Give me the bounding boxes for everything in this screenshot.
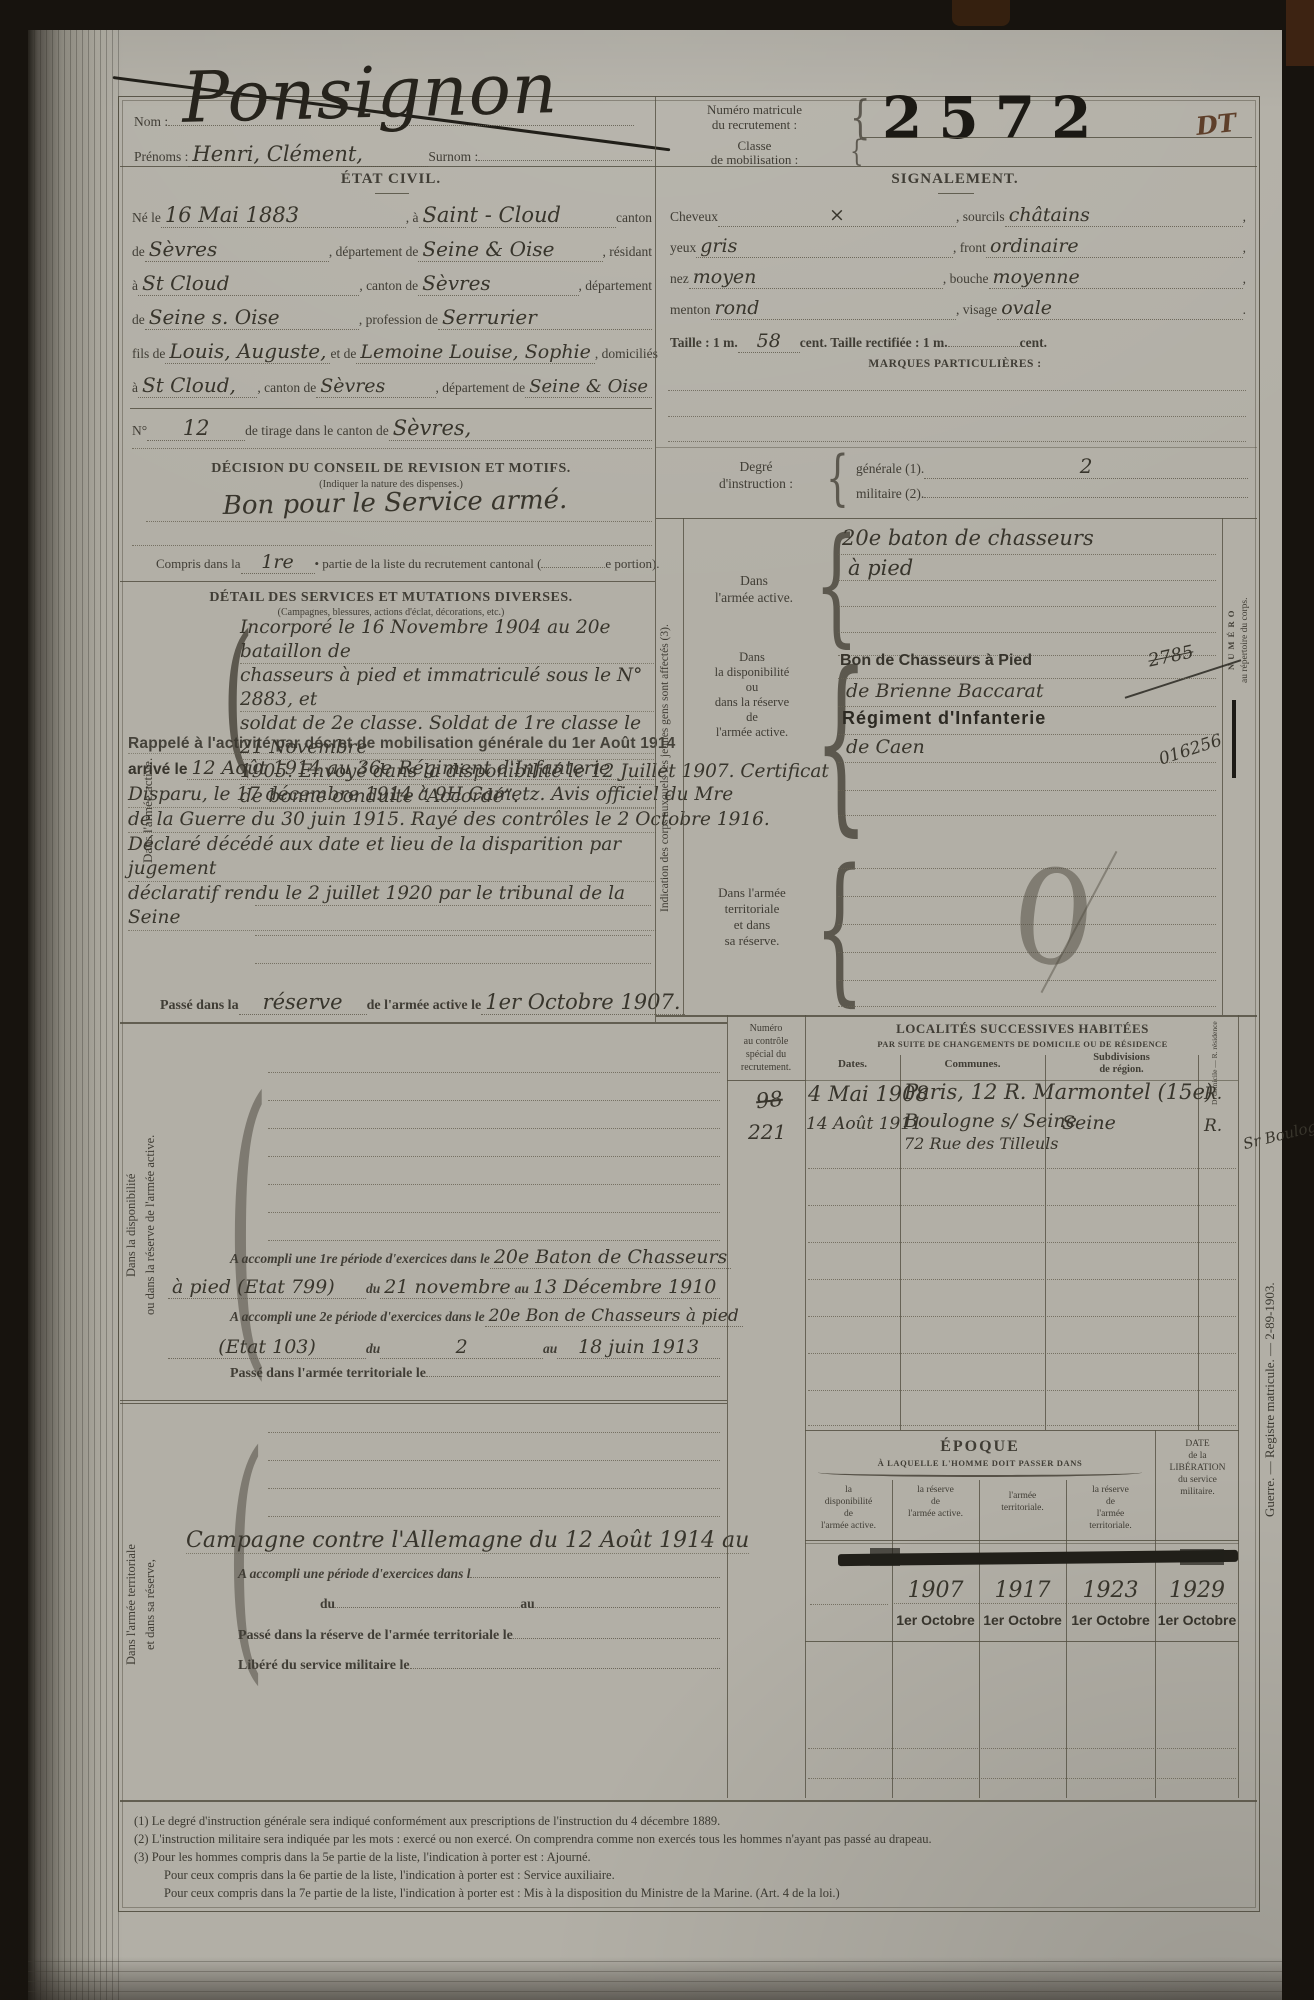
- departement3-label: , département de: [436, 380, 526, 396]
- matricule-label: Numéro matricule du recrutement :: [662, 102, 847, 132]
- signalement-row-2: yeux gris , front ordinaire ,: [670, 235, 1246, 258]
- territoriale-side-label-2: et dans sa réserve,: [143, 1475, 159, 1735]
- au-field: [535, 1607, 720, 1608]
- profession-field: Serrurier: [438, 305, 652, 330]
- localites-row1-dr: R.: [1204, 1084, 1222, 1104]
- controle-special-struck-value: 98: [755, 1087, 784, 1114]
- localites-row2-commune: Boulogne s/ Seine: [904, 1110, 1077, 1132]
- departement-residence-field: Seine s. Oise: [145, 305, 359, 330]
- taille-rectifiee-field: [948, 346, 1020, 347]
- epoque-date-reserve-territoriale: 1er Octobre: [1066, 1612, 1155, 1628]
- degre-militaire-line: militaire (2).: [856, 486, 1248, 502]
- book-corner-fragment: [1286, 0, 1314, 66]
- degre-label: Degré d'instruction :: [698, 458, 814, 492]
- visage-label: , visage: [956, 302, 997, 318]
- canton-naissance-value: Sèvres: [149, 237, 218, 261]
- profession-label: , profession de: [359, 312, 438, 328]
- disponibilite-side-label-1: Dans la disponibilité: [124, 1080, 140, 1370]
- passe-territoriale-field: [426, 1376, 720, 1377]
- passe-territoriale-line: Passé dans l'armée territoriale le: [230, 1366, 720, 1382]
- passe-reserve-territoriale-line: Passé dans la réserve de l'armée territo…: [238, 1628, 720, 1644]
- rule-line: [979, 1640, 980, 1798]
- rule-line: [838, 762, 1216, 763]
- controle-special-header: Numéro au contrôle spécial du recrutemen…: [729, 1022, 803, 1074]
- periode-1-line: A accompli une 1re période d'exercices d…: [230, 1246, 720, 1269]
- canton-parents-value: Sèvres: [320, 375, 385, 397]
- canton-residence-field: Sèvres: [418, 271, 578, 296]
- rule-line: [268, 1488, 720, 1489]
- degre-militaire-field: [924, 497, 1248, 498]
- etat-civil-title: ÉTAT CIVIL.: [130, 171, 652, 188]
- passe-territoriale-label: Passé dans l'armée territoriale le: [230, 1366, 426, 1382]
- departement-label: , département de: [329, 244, 419, 260]
- rule-line: [255, 935, 651, 936]
- rule-line: [268, 1100, 720, 1101]
- nom-value: Ponsignon: [181, 47, 559, 139]
- fils-de-label: fils de: [132, 346, 165, 362]
- localites-subtitle: PAR SUITE DE CHANGEMENTS DE DOMICILE OU …: [805, 1039, 1240, 1049]
- visage-field: ovale: [997, 297, 1242, 320]
- arrive-line: arrivé le 12 Août 1914 au 36e Régiment d…: [128, 757, 656, 780]
- corps-active-value-2: à pied: [848, 556, 913, 580]
- etat-civil-line-4: de Seine s. Oise , profession de Serruri…: [132, 305, 652, 330]
- canton-naissance-field: Sèvres: [145, 237, 329, 262]
- compris-line: Compris dans la 1re • partie de la liste…: [156, 551, 646, 574]
- domicile-parents-field: St Cloud,: [138, 373, 257, 398]
- surnom-field: [478, 160, 652, 161]
- rule-line: [838, 632, 1216, 633]
- arrive-stamp-label: arrivé le: [128, 761, 187, 779]
- localites-title: LOCALITÉS SUCCESSIVES HABITÉES: [805, 1021, 1240, 1037]
- canton-parents-field: Sèvres: [316, 375, 435, 398]
- nez-value: moyen: [693, 266, 757, 288]
- periode-2-line: A accompli une 2e période d'exercices da…: [230, 1306, 720, 1327]
- rule-line: [268, 1516, 720, 1517]
- nez-field: moyen: [689, 266, 943, 289]
- compris-label-3: e portion).: [605, 556, 659, 572]
- rule-line: [668, 390, 1246, 391]
- footnotes: (1) Le degré d'instruction générale sera…: [134, 1812, 1249, 1902]
- residence-value: St Cloud: [142, 271, 230, 295]
- rule-line: [727, 1015, 728, 1798]
- corps-active-label: Dans l'armée active.: [698, 572, 810, 606]
- rule-line: [268, 1072, 720, 1073]
- services-title: DÉTAIL DES SERVICES ET MUTATIONS DIVERSE…: [130, 590, 652, 606]
- rule-line: [683, 518, 684, 1015]
- rule-line: [268, 1240, 720, 1241]
- decision-title: DÉCISION DU CONSEIL DE REVISION ET MOTIF…: [130, 461, 652, 477]
- signalement-row-4: menton rond , visage ovale .: [670, 297, 1246, 320]
- rule-line: [808, 1205, 1236, 1206]
- corps-side-label: Indication des corps auxquels les jeunes…: [659, 528, 677, 1008]
- date-naissance-field: 16 Mai 1883: [161, 203, 406, 228]
- corps-dispo-label: Dans la disponibilité ou dans la réserve…: [692, 650, 812, 740]
- epoque-col-1: la disponibilité de l'armée active.: [806, 1484, 891, 1532]
- rule-line: [808, 1748, 1236, 1749]
- rule-line: [1222, 518, 1223, 1015]
- footnote-2: (2) L'instruction militaire sera indiqué…: [134, 1830, 1249, 1848]
- rule-line: [862, 137, 1252, 138]
- libere-field: [410, 1668, 720, 1669]
- ne-le-label: Né le: [132, 210, 161, 226]
- epoque-date-liberation: 1er Octobre: [1155, 1612, 1239, 1628]
- domicilies-label: , domiciliés: [595, 346, 658, 362]
- rule-line: [268, 1184, 720, 1185]
- periode-2-field: 20e Bon de Chasseurs à pied: [485, 1306, 743, 1327]
- brace-decoration: {: [826, 448, 849, 508]
- mere-value: Lemoine Louise, Sophie: [360, 341, 591, 363]
- rule-line: [668, 416, 1246, 417]
- residence-field: St Cloud: [138, 271, 359, 296]
- rule-line: [838, 554, 1216, 555]
- campagne-value: Campagne contre l'Allemagne du 12 Août 1…: [186, 1528, 749, 1554]
- epoque-year-reserve-territoriale: 1923: [1066, 1578, 1155, 1604]
- accompli-label: A accompli une période d'exercices dans …: [238, 1566, 470, 1582]
- au-label: au: [515, 1281, 529, 1297]
- mobilisation-stamp: Rappelé à l'activité par décret de mobil…: [128, 735, 656, 754]
- periode-1b-line: à pied (Etat 799) du 21 novembre au 13 D…: [168, 1276, 720, 1299]
- cheveux-field: ×: [718, 204, 956, 227]
- libere-label: Libéré du service militaire le: [238, 1658, 410, 1674]
- date-naissance-value: 16 Mai 1883: [165, 203, 299, 227]
- cheveux-value: ×: [829, 204, 845, 226]
- localites-col-dates: Dates.: [805, 1058, 900, 1070]
- rule-line: [1238, 1015, 1239, 1798]
- rule-line: [668, 441, 1246, 442]
- canton-label: canton: [616, 210, 652, 226]
- service-entry: déclaratif rendu le 2 juillet 1920 par l…: [128, 882, 656, 931]
- corps-dispo-stamp-1: Bon de Chasseurs à Pied: [840, 652, 1032, 670]
- rule-line: [120, 1400, 727, 1401]
- epoque-date-header: DATE de la LIBÉRATION du service militai…: [1157, 1438, 1238, 1498]
- scan-background: { "header": { "nom_label": "Nom :", "nom…: [0, 0, 1314, 2000]
- services-handwritten-block-1: Incorporé le 16 Novembre 1904 au 20e bat…: [240, 616, 654, 809]
- menton-field: rond: [711, 297, 956, 320]
- du-field: [335, 1607, 520, 1608]
- periode-2b-value-3: 18 juin 1913: [578, 1336, 699, 1358]
- periode-2-label: A accompli une 2e période d'exercices da…: [230, 1309, 485, 1325]
- corps-dispo-value-2: de Caen: [846, 736, 925, 758]
- rule-line: [838, 606, 1216, 607]
- compris-field: 1re: [241, 551, 315, 574]
- rule-line: [808, 1425, 1236, 1426]
- yeux-field: gris: [696, 235, 953, 258]
- brace-decoration: (: [226, 1422, 265, 1687]
- signalement-row-1: Cheveux × , sourcils châtains ,: [670, 204, 1246, 227]
- numero-tirage-label: N°: [132, 423, 147, 439]
- epoque-year-reserve: 1907: [892, 1578, 979, 1604]
- periode-1-value: 20e Baton de Chasseurs: [494, 1246, 727, 1268]
- rule-line: [268, 1432, 720, 1433]
- periode-1b-value-2: 21 novembre: [384, 1276, 510, 1298]
- rule-line: [375, 193, 409, 194]
- passe-reserve-territoriale-label: Passé dans la réserve de l'armée territo…: [238, 1628, 513, 1644]
- periode-1b-value-1: à pied (Etat 799): [172, 1276, 335, 1298]
- localites-row2-dr: R.: [1204, 1116, 1222, 1136]
- canton2-label: , canton de: [359, 278, 418, 294]
- taille-value: 58: [757, 330, 781, 352]
- sourcils-field: châtains: [1005, 204, 1243, 227]
- rule-line: [268, 1128, 720, 1129]
- compris-label-2: • partie de la liste du recrutement cant…: [315, 556, 542, 572]
- cent-label: cent.: [1020, 335, 1047, 351]
- service-entry: Disparu, le 17 décembre 1914 à 9H Cametz…: [128, 783, 656, 808]
- degre-generale-line: générale (1). 2: [856, 454, 1248, 479]
- matricule-value: 2572: [882, 84, 1107, 152]
- pere-field: Louis, Auguste,: [165, 339, 330, 364]
- arrive-value: 12 Août 1914 au 36e Régiment d'Infanteri…: [191, 757, 610, 779]
- degre-generale-label: générale (1).: [856, 461, 924, 477]
- epoque-date-reserve: 1er Octobre: [892, 1612, 979, 1628]
- taille-label: Taille : 1 m.: [670, 335, 738, 351]
- periode-2b-field-2: 2: [380, 1336, 543, 1359]
- de2-label: de: [132, 312, 145, 328]
- rule-line: [132, 448, 652, 449]
- au-label-2: au: [543, 1341, 557, 1357]
- rule-line: [938, 193, 974, 194]
- rule-line: [838, 790, 1216, 791]
- rule-line: [655, 96, 656, 166]
- rule-line: [808, 1353, 1236, 1354]
- epoque-subtitle: À LAQUELLE L'HOMME DOIT PASSER DANS: [805, 1458, 1155, 1468]
- compris-label-1: Compris dans la: [156, 556, 241, 572]
- service-entry: de la Guerre du 30 juin 1915. Rayé des c…: [128, 808, 656, 833]
- repertoire-ink-mark: [1232, 700, 1236, 778]
- bouche-value: moyenne: [993, 266, 1080, 288]
- rule-line: [1155, 1430, 1156, 1640]
- surnom-label: Surnom :: [428, 149, 478, 165]
- numero-tirage-field: 12: [147, 416, 245, 441]
- services-handwritten-block-2: Disparu, le 17 décembre 1914 à 9H Cametz…: [128, 783, 656, 931]
- portion-field: [541, 567, 605, 568]
- residant-label: , résidant: [603, 244, 653, 260]
- etat-civil-line-3: à St Cloud , canton de Sèvres , départem…: [132, 271, 652, 296]
- corps-dispo-value-1: de Brienne Baccarat: [846, 680, 1044, 702]
- rule-line: [838, 1006, 1216, 1007]
- rule-line: [120, 1800, 1257, 1802]
- localites-row2-subdivision: Seine: [1062, 1112, 1116, 1134]
- epoque-title: ÉPOQUE: [805, 1438, 1155, 1456]
- rule-line: [1155, 1640, 1156, 1798]
- tirage-line: N° 12 de tirage dans le canton de Sèvres…: [132, 416, 652, 441]
- periode-2b-field-1: (Etat 103): [168, 1336, 366, 1359]
- rule-line: [1066, 1640, 1067, 1798]
- rule-line: [838, 734, 1216, 735]
- etat-civil-line-5: fils de Louis, Auguste, et de Lemoine Lo…: [132, 339, 652, 364]
- periode-2b-line: (Etat 103) du 2 au 18 juin 1913: [168, 1336, 720, 1359]
- rule-line: [120, 1022, 727, 1024]
- rule-line: [838, 678, 1216, 679]
- et-de-label: et de: [330, 346, 356, 362]
- taille-field: 58: [738, 330, 800, 353]
- footnote-1: (1) Le degré d'instruction générale sera…: [134, 1812, 1249, 1830]
- row-end: ,: [1243, 240, 1246, 256]
- arrive-field: 12 Août 1914 au 36e Régiment d'Infanteri…: [187, 757, 656, 780]
- signalement-title: SIGNALEMENT.: [660, 171, 1250, 188]
- service-entry: Incorporé le 16 Novembre 1904 au 20e bat…: [240, 616, 654, 664]
- periode-1-label: A accompli une 1re période d'exercices d…: [230, 1251, 490, 1267]
- rule-line: [838, 706, 1216, 707]
- epoque-col-4: la réserve de l'armée territoriale.: [1067, 1484, 1154, 1532]
- corps-territoriale-label: Dans l'armée territoriale et dans sa rés…: [692, 885, 812, 949]
- corner-note: DT: [1195, 108, 1238, 141]
- rule-line: [805, 1543, 1239, 1544]
- passe-field-1: réserve: [239, 990, 367, 1015]
- territoriale-side-label-1: Dans l'armée territoriale: [124, 1445, 140, 1765]
- rule-line: [255, 963, 651, 964]
- tirage-label: de tirage dans le canton de: [245, 423, 389, 439]
- epoque-col-3: l'armée territoriale.: [980, 1490, 1065, 1514]
- epoque-bracket-curve: [818, 1468, 1142, 1477]
- front-label: , front: [953, 240, 986, 256]
- bouche-label: , bouche: [943, 271, 989, 287]
- rule-line: [120, 166, 1257, 167]
- rule-line: [808, 1168, 1236, 1169]
- service-entry: Déclaré décédé aux date et lieu de la di…: [128, 833, 656, 882]
- brace-decoration: {: [850, 137, 863, 167]
- rule-line: [808, 1390, 1236, 1391]
- periode-2b-field-3: 18 juin 1913: [557, 1336, 720, 1359]
- epoque-date-territoriale: 1er Octobre: [979, 1612, 1066, 1628]
- epoque-year-liberation: 1929: [1155, 1578, 1239, 1604]
- compris-value: 1re: [261, 551, 293, 573]
- passe-value-2: 1er Octobre 1907.: [485, 990, 680, 1014]
- service-entry: chasseurs à pied et immatriculé sous le …: [240, 664, 654, 712]
- row-end: .: [1243, 302, 1246, 318]
- degre-militaire-label: militaire (2).: [856, 486, 924, 502]
- a-label: , à: [406, 210, 419, 226]
- pere-value: Louis, Auguste,: [169, 339, 326, 363]
- nez-label: nez: [670, 271, 689, 287]
- numero-tirage-value: 12: [183, 416, 210, 440]
- periode-1b-field-1: à pied (Etat 799): [168, 1276, 366, 1299]
- prenoms-label: Prénoms :: [134, 149, 188, 165]
- front-value: ordinaire: [990, 235, 1079, 257]
- etat-civil-line-1: Né le 16 Mai 1883 , à Saint - Cloud cant…: [132, 203, 652, 228]
- degre-generale-value: 2: [1080, 454, 1093, 478]
- row-end: ,: [1243, 209, 1246, 225]
- epoque-col-2: la réserve de l'armée active.: [893, 1484, 978, 1520]
- rule-line: [808, 1316, 1236, 1317]
- rule-line: [656, 518, 1257, 519]
- departement-naissance-field: Seine & Oise: [418, 237, 602, 262]
- bouche-field: moyenne: [989, 266, 1243, 289]
- localites-col-subdivisions: Subdivisions de région.: [1045, 1052, 1198, 1076]
- yeux-label: yeux: [670, 240, 696, 256]
- prenoms-field: Henri, Clément,: [188, 142, 428, 167]
- sourcils-label: , sourcils: [956, 209, 1005, 225]
- menton-label: menton: [670, 302, 711, 318]
- epoque-year-territoriale: 1917: [979, 1578, 1066, 1604]
- rule-line: [656, 1015, 1257, 1017]
- footnote-3: (3) Pour les hommes compris dans la 5e p…: [134, 1848, 1249, 1866]
- rule-line: [655, 166, 656, 1022]
- lieu-naissance-field: Saint - Cloud: [419, 203, 617, 228]
- footnote-5: Pour ceux compris dans la 7e partie de l…: [134, 1884, 1249, 1902]
- paper-bottom-edge: [28, 1952, 1282, 2000]
- periode-1-field: 20e Baton de Chasseurs: [490, 1246, 731, 1269]
- prenoms-value: Henri, Clément,: [192, 142, 363, 166]
- signalement-row-3: nez moyen , bouche moyenne ,: [670, 266, 1246, 289]
- localites-row1-commune: Paris, 12 R. Marmontel (15e): [904, 1080, 1213, 1104]
- yeux-value: gris: [700, 235, 737, 257]
- passe-reserve-line: Passé dans la réserve de l'armée active …: [160, 990, 652, 1015]
- tirage-canton-value: Sèvres,: [393, 416, 472, 440]
- rule-line: [808, 1778, 1236, 1779]
- book-binding-fragment: [952, 0, 1010, 26]
- accompli-field: [470, 1577, 720, 1578]
- libere-line: Libéré du service militaire le: [238, 1658, 720, 1674]
- controle-special-value: 221: [748, 1120, 786, 1144]
- etat-civil-line-2: de Sèvres , département de Seine & Oise …: [132, 237, 652, 262]
- prenoms-row: Prénoms : Henri, Clément, Surnom :: [134, 142, 652, 167]
- book-page-stack-edge: [28, 30, 123, 2000]
- rule-line: [727, 1080, 805, 1081]
- departement-parents-field: Seine & Oise: [525, 376, 652, 398]
- passe-value-1: réserve: [263, 990, 343, 1014]
- numero-repertoire-label-2: au répertoire du corps.: [1240, 540, 1252, 740]
- periode-1b-value-3: 13 Décembre 1910: [533, 1276, 716, 1298]
- profession-value: Serrurier: [442, 305, 537, 329]
- du-label-3: du: [320, 1596, 335, 1612]
- rule-line: [838, 815, 1216, 816]
- periode-2b-value-2: 2: [456, 1336, 468, 1358]
- rule-line: [120, 581, 655, 582]
- accompli-territoriale-line: A accompli une période d'exercices dans …: [238, 1566, 720, 1582]
- front-field: ordinaire: [986, 235, 1243, 258]
- rule-line: [268, 1460, 720, 1461]
- rule-line: [146, 521, 652, 522]
- canton-residence-value: Sèvres: [422, 271, 491, 295]
- rule-line: [892, 1640, 893, 1798]
- du-label: du: [366, 1281, 380, 1297]
- du-au-line: du au: [320, 1596, 720, 1612]
- departement-parents-value: Seine & Oise: [529, 376, 648, 397]
- au-label-3: au: [520, 1596, 534, 1612]
- margin-imprint: Guerre. — Registre matricule. — 2-89-190…: [1262, 1090, 1280, 1710]
- canton3-label: , canton de: [257, 380, 316, 396]
- periode-1b-field-2: 21 novembre: [380, 1276, 514, 1299]
- de-label: de: [132, 244, 145, 260]
- struck-stamp-blot: [1180, 1549, 1224, 1565]
- departement2-label: , département: [579, 278, 652, 294]
- periode-2b-value-1: (Etat 103): [218, 1336, 316, 1358]
- rule-line: [838, 580, 1216, 581]
- passe-label-1: Passé dans la: [160, 998, 239, 1014]
- struck-stamp-blot: [870, 1548, 900, 1566]
- passe-label-2: de l'armée active le: [367, 998, 482, 1014]
- du-label-2: du: [366, 1341, 380, 1357]
- cheveux-label: Cheveux: [670, 209, 718, 225]
- rule-line: [130, 408, 652, 409]
- rule-line: [808, 1242, 1236, 1243]
- rule-line: [268, 1212, 720, 1213]
- rule-line: [268, 1156, 720, 1157]
- degre-generale-field: 2: [924, 454, 1248, 479]
- taille-rectifiee-label: cent. Taille rectifiée : 1 m.: [800, 335, 948, 351]
- sourcils-value: châtains: [1009, 204, 1090, 226]
- marques-title: MARQUES PARTICULIÈRES :: [660, 358, 1250, 370]
- periode-1b-field-3: 13 Décembre 1910: [529, 1276, 720, 1299]
- departement-naissance-value: Seine & Oise: [422, 237, 554, 261]
- domicile-parents-value: St Cloud,: [142, 373, 236, 397]
- classe-label: Classe de mobilisation :: [662, 139, 847, 167]
- corps-active-value-1: 20e baton de chasseurs: [842, 526, 1094, 550]
- localites-row2-commune-line2: 72 Rue des Tilleuls: [904, 1134, 1058, 1153]
- numero-repertoire-label-1: N U M É R O: [1226, 560, 1238, 720]
- corps-dispo-stamp-2: Régiment d'Infanterie: [842, 708, 1046, 729]
- tirage-canton-field: Sèvres,: [389, 416, 652, 441]
